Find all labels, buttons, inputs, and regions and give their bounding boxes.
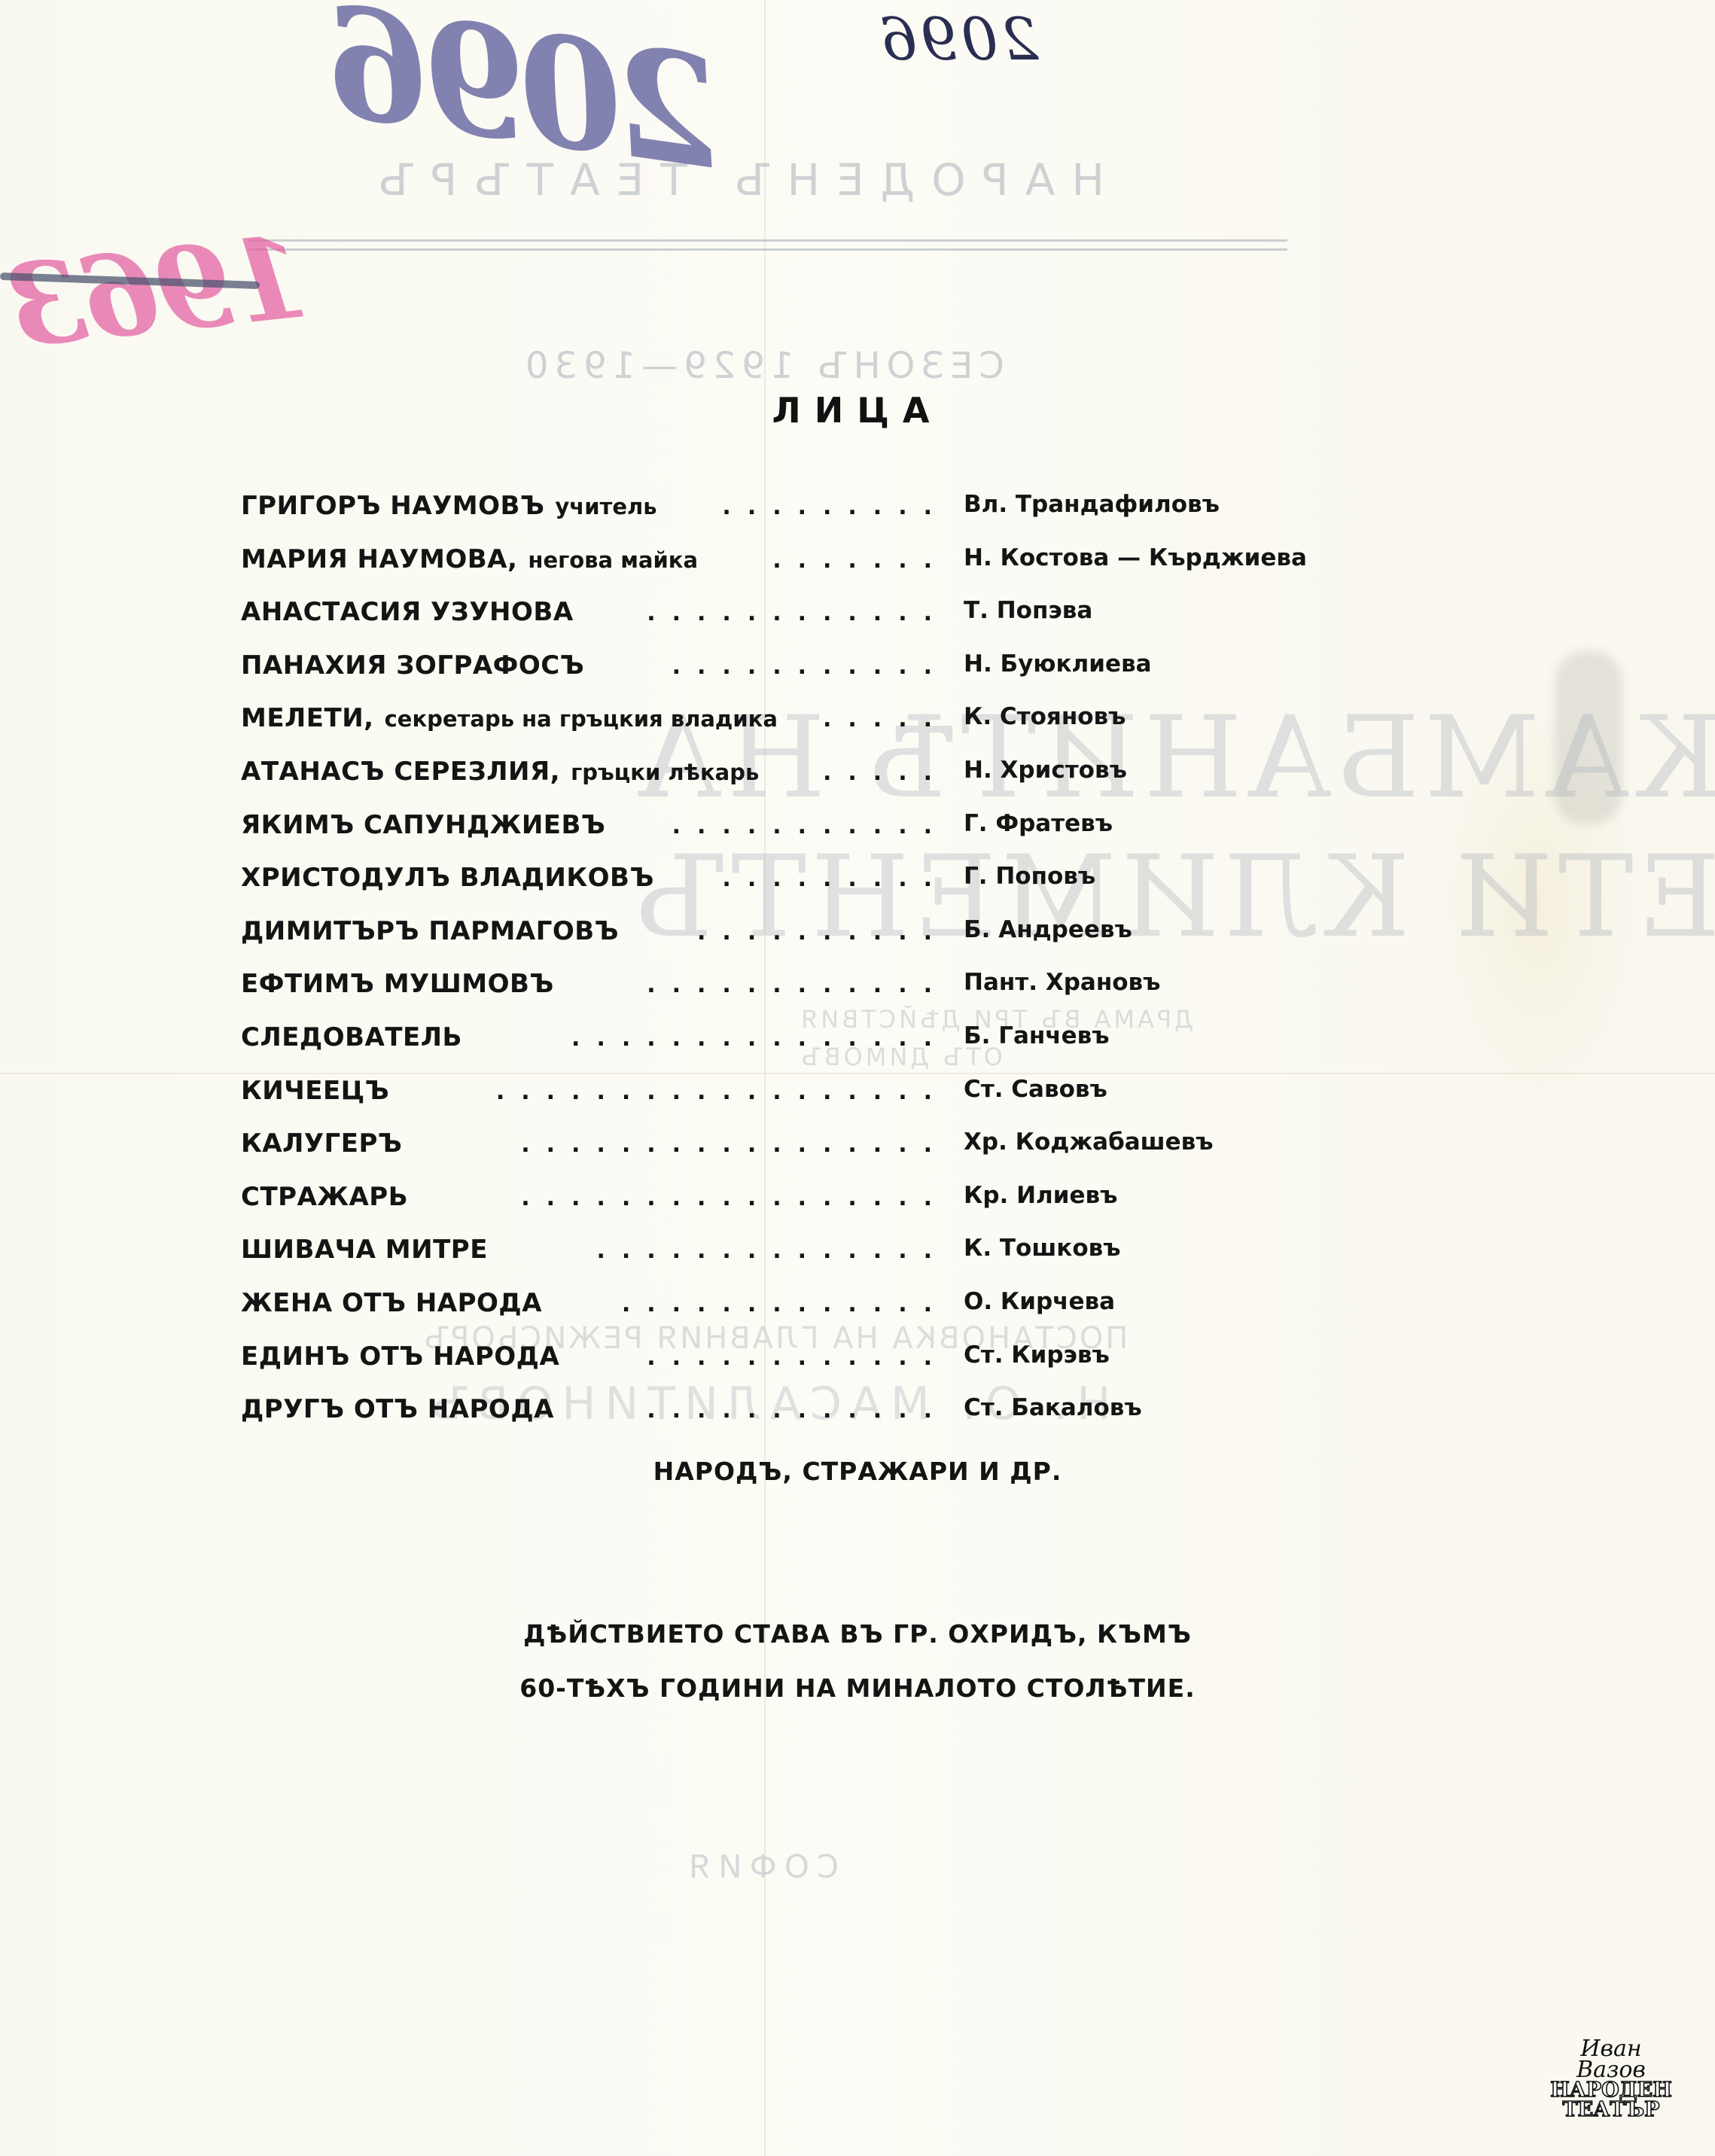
- dot-leader: ............: [584, 600, 949, 626]
- national-theatre-logo: Иван Вазов НАРОДЕН ТЕАТЪР: [1543, 2039, 1679, 2120]
- show-through-season: СЕЗОНЪ 1929—1930: [519, 345, 1004, 387]
- show-through-rule: [248, 239, 1287, 242]
- dot-leader: ...........: [595, 653, 949, 680]
- cast-row: ШИВАЧА МИТРЕ..............К. Тошковъ: [241, 1235, 1370, 1288]
- crowd-note: НАРОДЪ, СТРАЖАРИ И ДР.: [0, 1457, 1715, 1486]
- actor-name: Т. Попэва: [964, 597, 1092, 624]
- dot-leader: .................: [419, 1185, 949, 1211]
- cast-row: ПАНАХИЯ ЗОГРАФОСЪ...........Н. Буюклиева: [241, 650, 1370, 704]
- dot-leader: .........: [668, 494, 949, 520]
- role-name: ЖЕНА ОТЪ НАРОДА: [241, 1288, 542, 1318]
- actor-name: Б. Ганчевъ: [964, 1022, 1110, 1049]
- role-name: ХРИСТОДУЛЪ ВЛАДИКОВЪ: [241, 863, 654, 893]
- actor-name: К. Стояновъ: [964, 703, 1126, 730]
- actor-name: Н. Христовъ: [964, 757, 1127, 784]
- actor-name: Ст. Бакаловъ: [964, 1394, 1142, 1421]
- role-name: ДИМИТЪРЪ ПАРМАГОВЪ: [241, 916, 619, 946]
- role-description: негова майка: [528, 547, 698, 573]
- cast-row: АТАНАСЪ СЕРЕЗЛИЯ,гръцки лѣкарь.....Н. Хр…: [241, 757, 1370, 810]
- dot-leader: ............: [570, 1344, 949, 1371]
- dot-leader: .............: [553, 1291, 949, 1317]
- cast-row: СЛЕДОВАТЕЛЬ...............Б. Ганчевъ: [241, 1022, 1370, 1076]
- role-name: МАРИЯ НАУМОВА,: [241, 544, 517, 574]
- cast-row: АНАСТАСИЯ УЗУНОВА............Т. Попэва: [241, 597, 1370, 650]
- role-name: ЯКИМЪ САПУНДЖИЕВЪ: [241, 810, 605, 840]
- dot-leader: ..................: [400, 1079, 949, 1105]
- role-name: СЛЕДОВАТЕЛЬ: [241, 1022, 462, 1052]
- role-description: гръцки лѣкарь: [571, 760, 759, 785]
- cast-row: МЕЛЕТИ,секретарь на гръцкия владика.....…: [241, 703, 1370, 757]
- dot-leader: .....: [769, 760, 949, 786]
- cast-row: ГРИГОРЪ НАУМОВЪучитель.........Вл. Транд…: [241, 491, 1370, 544]
- role-name: СТРАЖАРЬ: [241, 1182, 408, 1212]
- actor-name: К. Тошковъ: [964, 1235, 1121, 1262]
- role-description: учитель: [555, 494, 656, 519]
- actor-name: О. Кирчева: [964, 1288, 1115, 1315]
- actor-name: Н. Костова — Кърджиева: [964, 544, 1307, 571]
- role-name: КИЧЕЕЦЪ: [241, 1076, 389, 1106]
- cast-row: КАЛУГЕРЪ.................Хр. Коджабашевъ: [241, 1128, 1370, 1182]
- logo-line2: ТЕАТЪР: [1543, 2100, 1679, 2120]
- cast-row: ЯКИМЪ САПУНДЖИЕВЪ...........Г. Фратевъ: [241, 810, 1370, 863]
- cast-row: ЕДИНЪ ОТЪ НАРОДА............Ст. Кирэвъ: [241, 1341, 1370, 1395]
- dot-leader: .................: [413, 1131, 949, 1158]
- cast-row: МАРИЯ НАУМОВА,негова майка.......Н. Кост…: [241, 544, 1370, 598]
- role-name: ЕДИНЪ ОТЪ НАРОДА: [241, 1341, 559, 1372]
- cast-row: ЖЕНА ОТЪ НАРОДА.............О. Кирчева: [241, 1288, 1370, 1341]
- dot-leader: .........: [665, 866, 949, 892]
- role-name: МЕЛЕТИ,: [241, 703, 374, 733]
- cast-row: СТРАЖАРЬ.................Кр. Илиевъ: [241, 1182, 1370, 1235]
- role-name: ПАНАХИЯ ЗОГРАФОСЪ: [241, 650, 584, 681]
- cast-list: ГРИГОРЪ НАУМОВЪучитель.........Вл. Транд…: [241, 491, 1370, 1448]
- dot-leader: ............: [565, 972, 949, 998]
- actor-name: Г. Фратевъ: [964, 810, 1113, 837]
- role-description: секретарь на гръцкия владика: [385, 706, 778, 732]
- actor-name: Б. Андреевъ: [964, 916, 1132, 943]
- cast-row: ЕФТИМЪ МУШМОВЪ............Пант. Храновъ: [241, 969, 1370, 1022]
- cast-row: ХРИСТОДУЛЪ ВЛАДИКОВЪ.........Г. Поповъ: [241, 863, 1370, 916]
- actor-name: Ст. Кирэвъ: [964, 1341, 1110, 1369]
- role-name: ДРУГЪ ОТЪ НАРОДА: [241, 1394, 554, 1424]
- dot-leader: ...............: [473, 1025, 949, 1052]
- actor-name: Хр. Коджабашевъ: [964, 1128, 1214, 1156]
- role-name: ШИВАЧА МИТРЕ: [241, 1235, 488, 1265]
- actor-name: Г. Поповъ: [964, 863, 1095, 890]
- actor-name: Кр. Илиевъ: [964, 1182, 1117, 1209]
- dot-leader: ...........: [616, 813, 949, 839]
- setting-line1: ДѢЙСТВИЕТО СТАВА ВЪ ГР. ОХРИДЪ, КЪМЪ: [0, 1607, 1715, 1661]
- logo-script: Иван Вазов: [1543, 2039, 1679, 2081]
- dot-leader: ............: [565, 1397, 949, 1424]
- actor-name: Ст. Савовъ: [964, 1076, 1107, 1103]
- role-name: ГРИГОРЪ НАУМОВЪ: [241, 491, 544, 521]
- role-name: КАЛУГЕРЪ: [241, 1128, 402, 1159]
- actor-name: Пант. Храновъ: [964, 969, 1160, 996]
- dot-leader: .....: [788, 706, 949, 732]
- dot-leader: .......: [708, 547, 949, 574]
- actor-name: Н. Буюклиева: [964, 650, 1152, 678]
- role-name: АНАСТАСИЯ УЗУНОВА: [241, 597, 574, 627]
- cast-row: ДИМИТЪРЪ ПАРМАГОВЪ..........Б. Андреевъ: [241, 916, 1370, 970]
- show-through-city: СОФИЯ: [681, 1848, 839, 1885]
- role-name: ЕФТИМЪ МУШМОВЪ: [241, 969, 554, 999]
- cast-row: КИЧЕЕЦЪ..................Ст. Савовъ: [241, 1076, 1370, 1129]
- dot-leader: ..............: [498, 1238, 949, 1264]
- cast-row: ДРУГЪ ОТЪ НАРОДА............Ст. Бакаловъ: [241, 1394, 1370, 1448]
- archive-ink-number: 2096: [877, 6, 1039, 74]
- role-name: АТАНАСЪ СЕРЕЗЛИЯ,: [241, 757, 560, 787]
- setting-note: ДѢЙСТВИЕТО СТАВА ВЪ ГР. ОХРИДЪ, КЪМЪ 60-…: [0, 1607, 1715, 1716]
- cast-heading: ЛИЦА: [0, 390, 1715, 431]
- dot-leader: ..........: [629, 919, 949, 946]
- actor-name: Вл. Трандафиловъ: [964, 491, 1220, 518]
- show-through-rule: [248, 248, 1287, 251]
- setting-line2: 60-ТѢХЪ ГОДИНИ НА МИНАЛОТО СТОЛѢТИЕ.: [0, 1661, 1715, 1716]
